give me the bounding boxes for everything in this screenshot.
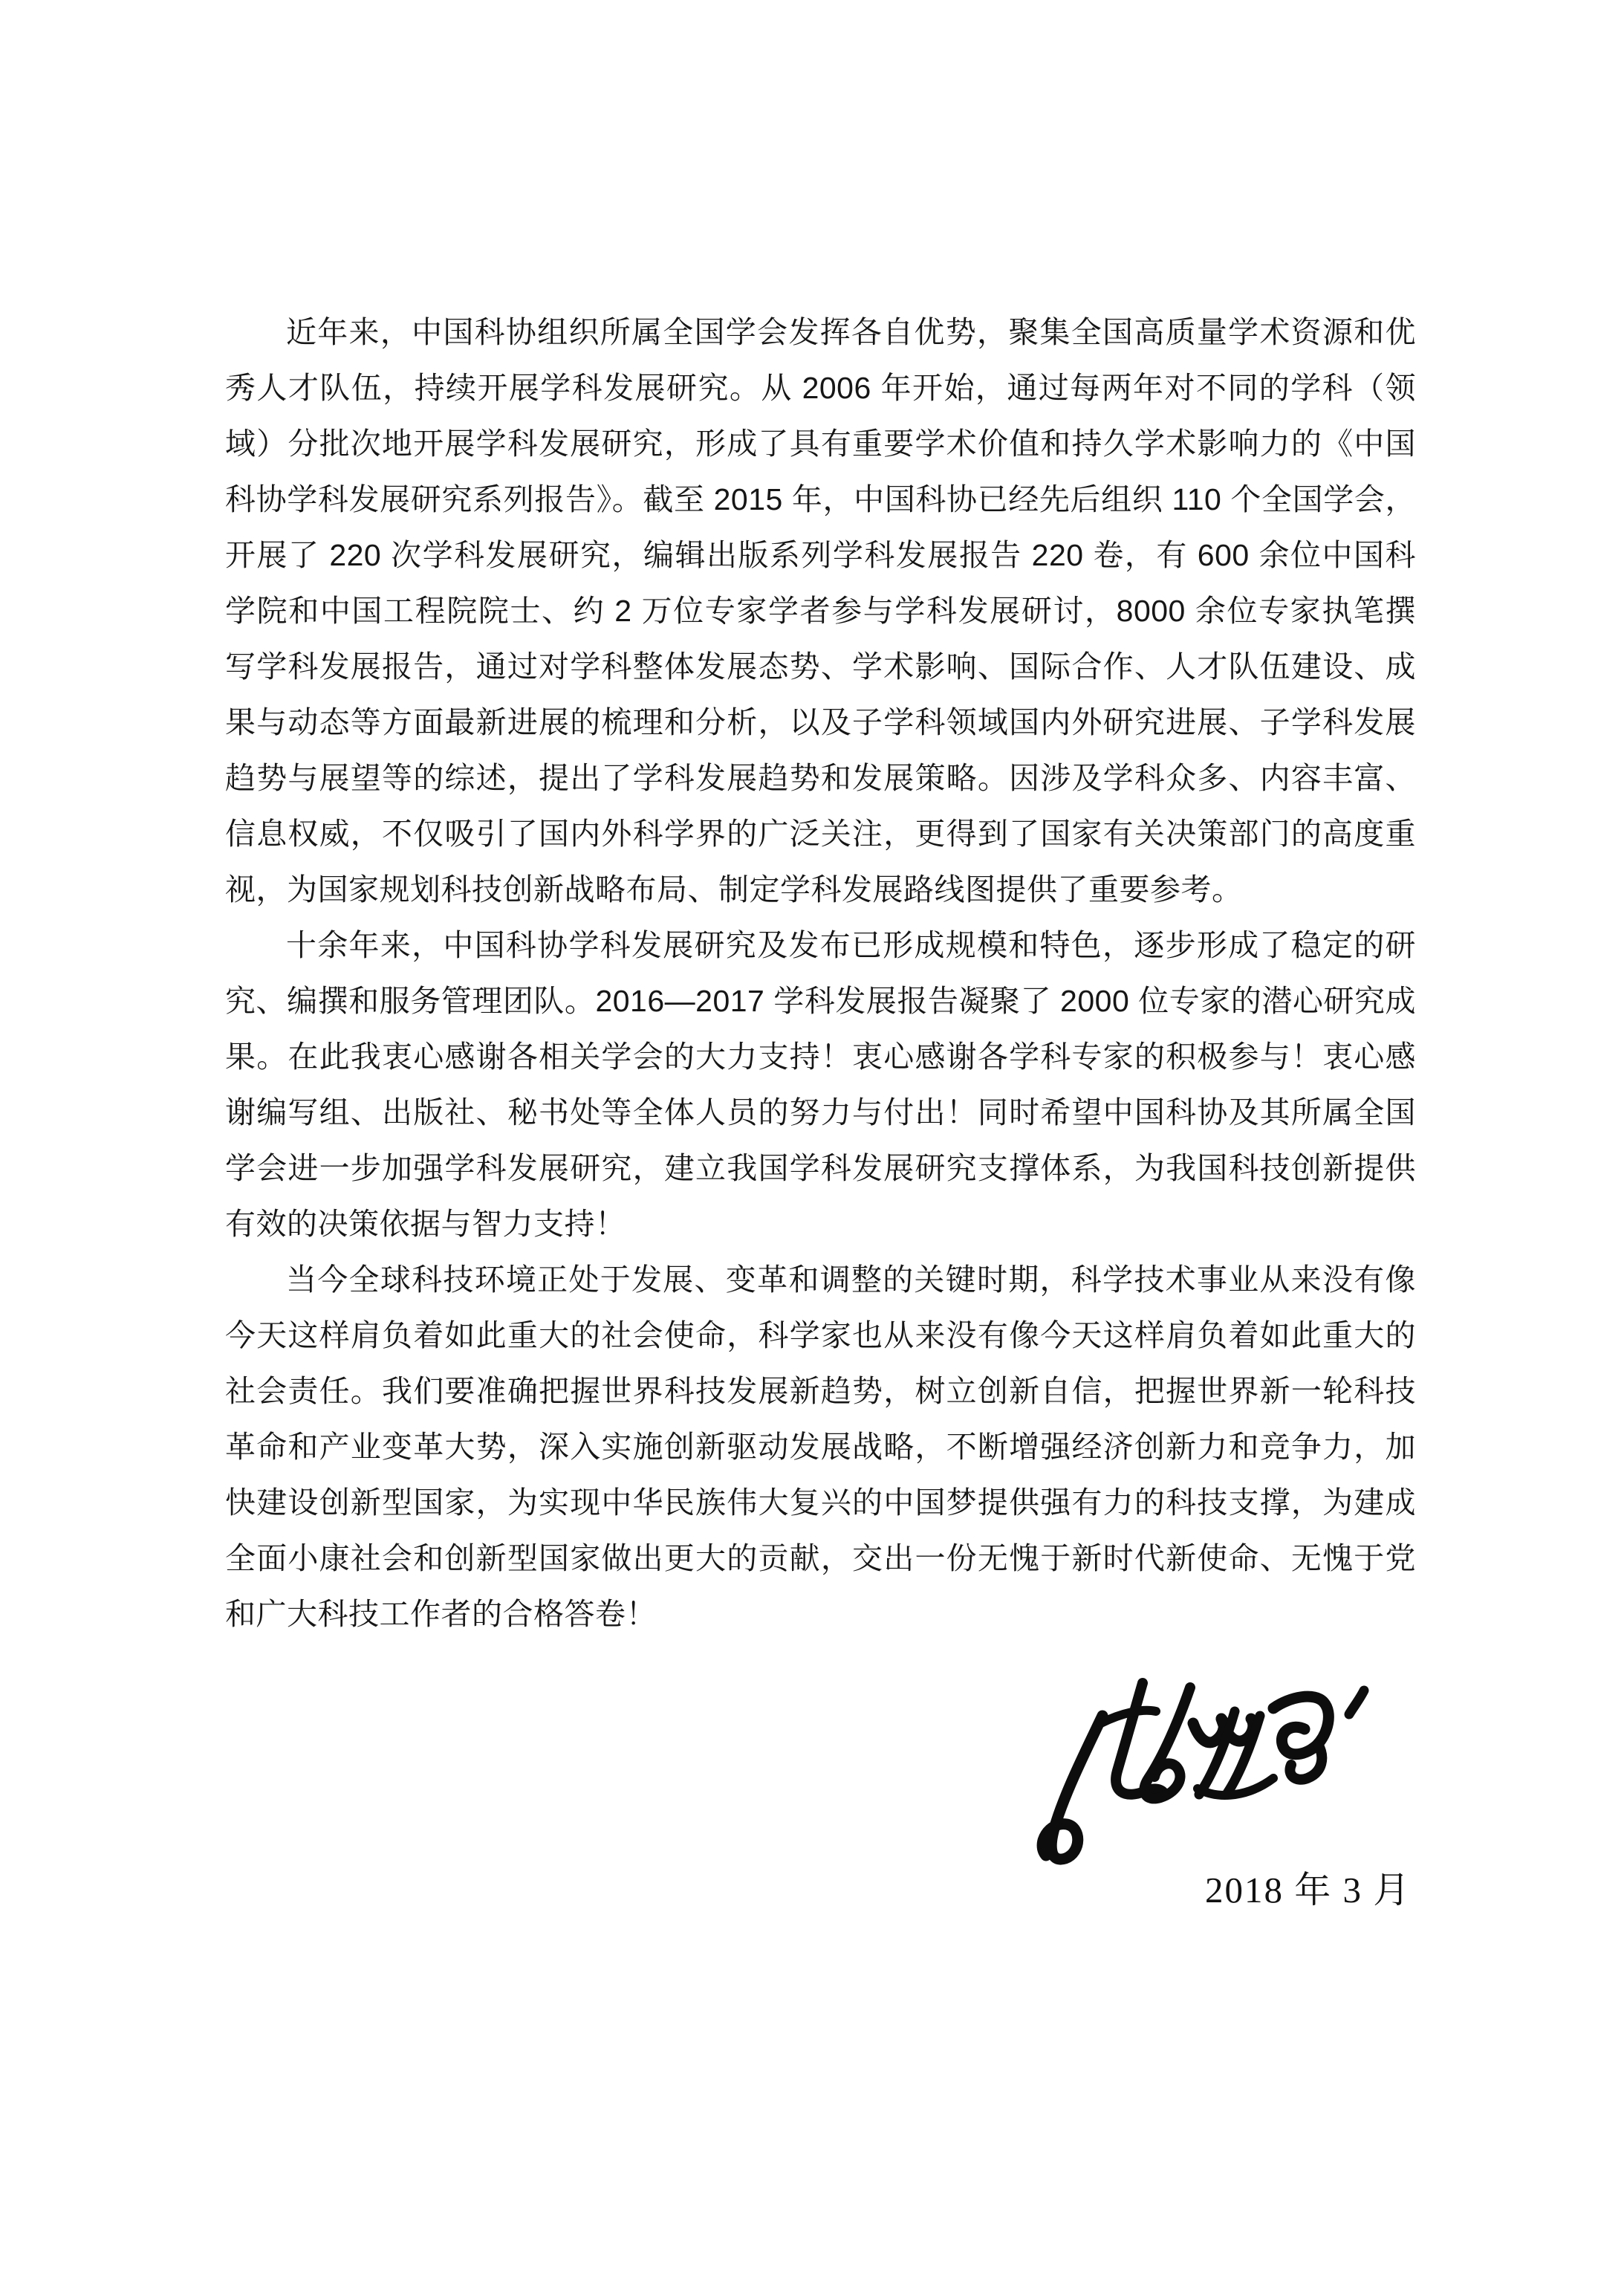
paragraph-1: 近年来，中国科协组织所属全国学会发挥各自优势，聚集全国高质量学术资源和优秀人才队… — [225, 305, 1416, 918]
paragraph-2: 十余年来，中国科协学科发展研究及发布已形成规模和特色，逐步形成了稳定的研究、编撰… — [225, 918, 1416, 1252]
paragraph-3: 当今全球科技环境正处于发展、变革和调整的关键时期，科学技术事业从来没有像今天这样… — [225, 1252, 1416, 1642]
signature-block — [1025, 1676, 1382, 1869]
preface-body: 近年来，中国科协组织所属全国学会发挥各自优势，聚集全国高质量学术资源和优秀人才队… — [225, 305, 1416, 1642]
document-page: 近年来，中国科协组织所属全国学会发挥各自优势，聚集全国高质量学术资源和优秀人才队… — [0, 0, 1624, 2282]
signature-image — [1025, 1676, 1382, 1869]
signature-date: 2018 年 3 月 — [1205, 1861, 1398, 1913]
